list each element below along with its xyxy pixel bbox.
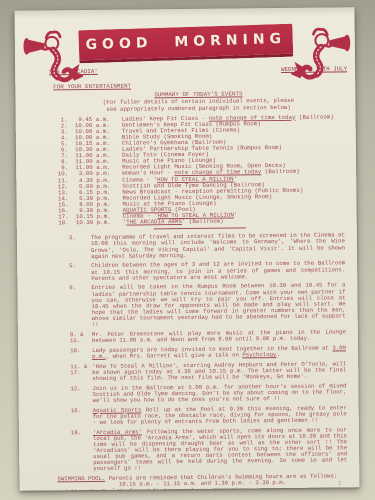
paragraph-number: 16. xyxy=(71,408,93,427)
paragraph-number: 6. xyxy=(69,285,91,328)
paragraph: 3. The programme of travel and interest … xyxy=(69,233,345,261)
paragraph-number: 12. xyxy=(70,386,92,405)
daily-program-sheet: GOOD MORNING S.S. 'ARCADIA' WEDNESDAY 26… xyxy=(14,7,359,491)
paragraph: 10. Lady passengers are today invited to… xyxy=(70,345,346,360)
paragraph: 16. Aquatic Sports Roll up at the Pool a… xyxy=(71,405,347,426)
typed-content: FOR YOUR ENTERTAINMENT SUMMARY OF TODAY'… xyxy=(15,79,359,491)
event-row: 18. 10.30 p.m. 'THE ARCADIA ARMS' (Ballr… xyxy=(55,218,345,227)
paragraph-text: 'How To Steal A Million', starring Audre… xyxy=(92,361,346,382)
photo-backdrop: { "colors": {"ink":"#9a4049","banner_red… xyxy=(0,0,375,500)
paragraph-number: 18. xyxy=(71,429,93,472)
paragraph-text: Children between the ages of 3 and 12 ar… xyxy=(91,261,345,282)
paragraph-text: Mr. Peter Greenstone will play more musi… xyxy=(92,329,346,344)
swimming-pool-notice: SWIMMING POOL. Parents are reminded that… xyxy=(57,473,347,490)
paragraph: 8. & 15. Mr. Peter Greenstone will play … xyxy=(70,329,346,344)
events-list: 1. 9.45 a.m. Ladies' Keep Fit Class - no… xyxy=(54,114,345,227)
paragraph: 18. 'Arcadia Arms' Following the water s… xyxy=(71,427,347,473)
paragraph-text: Join us in the Ballroom at 5.00 p.m. for… xyxy=(92,383,346,404)
merman-trumpeter-icon xyxy=(21,20,84,87)
paragraph-number: 8. & 15. xyxy=(70,332,92,345)
pool-notice-line3: and that the Pool is for adults' use onl… xyxy=(58,486,348,491)
paragraph-text: Entries will be taken in the Rumpus Room… xyxy=(91,283,345,329)
paragraph-text: 'Arcadia Arms' Following the water sport… xyxy=(93,427,347,473)
merman-trumpeter-icon xyxy=(291,17,354,84)
paragraph: 6. Entries will be taken in the Rumpus R… xyxy=(69,283,345,329)
masthead: GOOD MORNING S.S. 'ARCADIA' WEDNESDAY 26… xyxy=(14,7,355,83)
paragraph: 11. & 17. 'How To Steal A Million', star… xyxy=(70,361,346,382)
detail-paragraphs: 3. The programme of travel and interest … xyxy=(69,233,347,473)
banner-title: GOOD MORNING xyxy=(85,31,286,53)
paragraph-text: Lady passengers are today invited to mee… xyxy=(92,345,346,360)
paragraph: 5. Children between the ages of 3 and 12… xyxy=(69,261,345,282)
event-description: 'THE ARCADIA ARMS' (Ballroom) xyxy=(123,218,345,226)
paragraph: 12. Join us in the Ballroom at 5.00 p.m.… xyxy=(70,383,346,404)
paragraph-number: 10. xyxy=(70,348,92,361)
good-morning-banner: GOOD MORNING xyxy=(78,24,293,64)
page-number: 7 xyxy=(338,481,342,487)
paragraph-number: 5. xyxy=(69,263,91,282)
paragraph-text: The programme of travel and interest fil… xyxy=(91,233,345,260)
event-number: 18. xyxy=(55,220,69,226)
paragraph-text: Aquatic Sports Roll up at the Pool at 9.… xyxy=(93,405,347,426)
event-time: 10.30 p.m. xyxy=(69,220,111,227)
section-divider xyxy=(154,228,246,230)
paragraph-number: 3. xyxy=(69,235,91,260)
paragraph-number: 11. & 17. xyxy=(70,364,92,383)
